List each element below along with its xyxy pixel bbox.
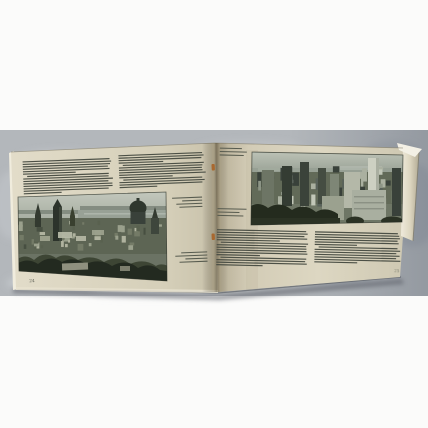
building-block	[73, 233, 76, 237]
left-page-number: 24	[29, 279, 35, 284]
building-block	[134, 231, 140, 236]
building-block	[37, 227, 43, 232]
building-block	[68, 240, 70, 243]
building-block	[258, 181, 261, 191]
building-block	[311, 194, 315, 205]
staple-bottom	[211, 233, 215, 240]
building-block	[159, 224, 162, 226]
right-page-number: 25	[394, 268, 400, 273]
building-block	[128, 245, 133, 250]
building-block	[19, 235, 23, 240]
montreal-skyline-photo	[248, 150, 408, 228]
building-block	[34, 244, 39, 247]
building-block	[72, 236, 75, 238]
building-block	[61, 240, 64, 247]
building-block	[130, 242, 135, 245]
building-block	[94, 236, 100, 240]
building-block	[386, 180, 391, 185]
building-block	[32, 239, 34, 244]
photo-canvas: 24 25	[0, 0, 428, 428]
building-block	[24, 244, 27, 249]
building-block	[115, 236, 118, 240]
page-gutter	[202, 143, 228, 292]
building-block	[89, 243, 92, 246]
building-block	[136, 226, 139, 232]
staple-top	[211, 164, 215, 171]
building-block	[41, 245, 44, 248]
scene-svg: 24 25	[0, 0, 428, 428]
building-block	[122, 236, 126, 243]
building-block	[128, 229, 132, 235]
booklet: 24 25	[9, 143, 422, 293]
building-block	[292, 173, 299, 186]
dark-tower-icon	[282, 166, 292, 206]
building-block	[78, 244, 84, 251]
building-block	[40, 232, 45, 235]
building-block	[65, 244, 68, 247]
building-block	[380, 188, 383, 190]
building-block	[98, 221, 101, 225]
building-block	[121, 226, 125, 233]
building-block	[333, 166, 339, 172]
building-block	[144, 228, 146, 235]
building-block	[82, 222, 84, 224]
